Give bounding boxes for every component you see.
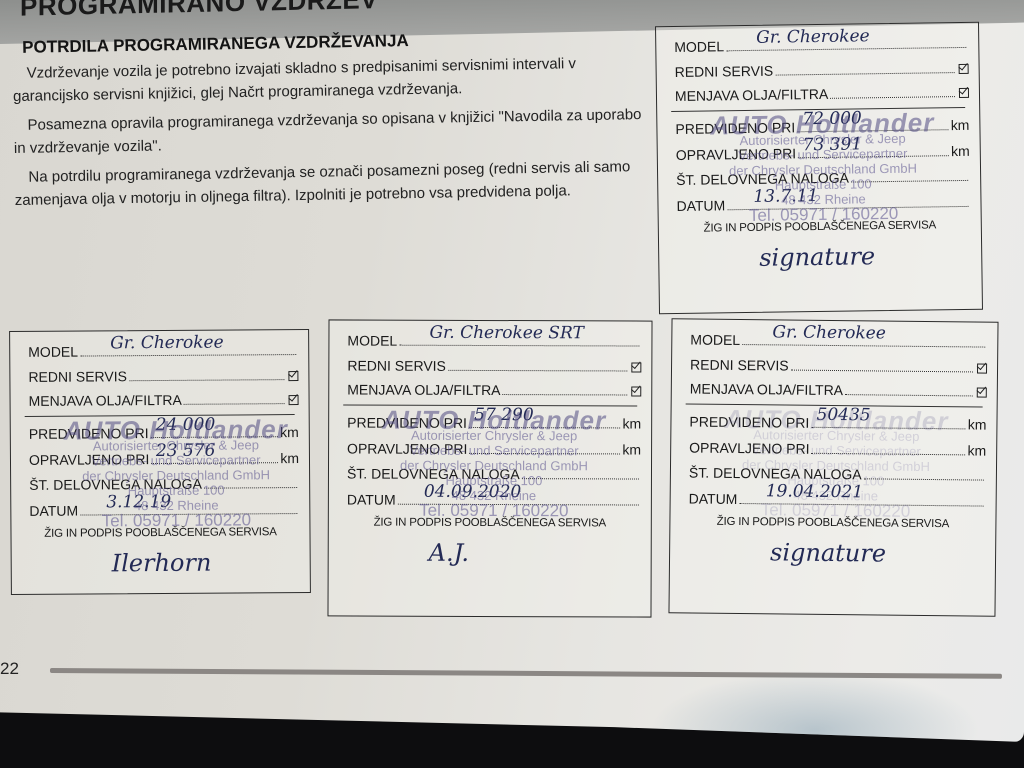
dealer-logo: AUTO Holtlander [711, 412, 961, 430]
booklet-page: PROGRAMIRANO VZDRŽEV POTRDILA PROGRAMIRA… [0, 0, 1024, 742]
intro-section: POTRDILA PROGRAMIRANEGA VZDRŽEVANJA Vzdr… [12, 27, 645, 218]
intro-paragraph: Na potrdilu programiranega vzdrževanja s… [14, 155, 645, 212]
stamp-phone: Tel. 05971 / 160220 [369, 503, 619, 519]
handwritten-model: Gr. Cherokee [110, 333, 224, 354]
service-record-card-top-right: MODELGr. CherokeeREDNI SERVISMENJAVA OLJ… [655, 22, 983, 314]
field-label: MENJAVA OLJA/FILTRA [29, 392, 182, 409]
stamp-line: Hauptstraße 100 [51, 482, 301, 499]
checkbox-checked-icon[interactable] [977, 387, 987, 397]
field-oil-filter-change: MENJAVA OLJA/FILTRA [675, 84, 969, 108]
checkbox-checked-icon[interactable] [631, 386, 641, 396]
checkbox-checked-icon[interactable] [977, 363, 987, 373]
unit-label: km [968, 416, 987, 432]
field-label: MODEL [674, 38, 724, 55]
hand-shadow [650, 670, 980, 745]
field-oil-filter-change: MENJAVA OLJA/FILTRA [690, 380, 987, 403]
field-label: MENJAVA OLJA/FILTRA [675, 86, 828, 104]
field-regular-service: REDNI SERVIS [690, 356, 987, 379]
field-regular-service: REDNI SERVIS [347, 358, 641, 379]
dealer-logo: AUTO Holtlander [369, 413, 619, 429]
checkbox-checked-icon[interactable] [959, 88, 969, 98]
field-label: REDNI SERVIS [690, 356, 789, 373]
dotted-leader [791, 358, 974, 373]
dotted-leader [184, 391, 285, 405]
checkbox-checked-icon[interactable] [289, 395, 299, 405]
field-label: MENJAVA OLJA/FILTRA [690, 380, 843, 398]
service-record-card-bottom-left: MODELGr. CherokeeREDNI SERVISMENJAVA OLJ… [9, 329, 311, 595]
handwritten-model: Gr. Cherokee [772, 322, 886, 343]
field-label: MENJAVA OLJA/FILTRA [347, 382, 500, 399]
stamp-line: Hauptstraße 100 [369, 473, 619, 489]
handwritten-model: Gr. Cherokee [756, 26, 870, 48]
dotted-leader [503, 382, 628, 395]
unit-label: km [622, 415, 641, 431]
stamp-line: der Chrysler Deutschland GmbH [51, 467, 301, 484]
dealer-stamp: AUTO HoltlanderAutorisierter Chrysler & … [710, 412, 961, 520]
stamp-phone: Tel. 05971 / 160220 [51, 512, 301, 529]
dealer-stamp: AUTO HoltlanderAutorisierter Chrysler & … [51, 422, 302, 529]
stamp-line: Vertriebs- und Servicepartner [369, 443, 619, 459]
field-label: REDNI SERVIS [347, 358, 446, 374]
field-label: MODEL [347, 333, 397, 349]
field-regular-service: REDNI SERVIS [675, 60, 969, 84]
unit-label: km [622, 441, 641, 457]
unit-label: km [951, 117, 970, 133]
dealer-stamp: AUTO HoltlanderAutorisierter Chrysler & … [697, 115, 948, 223]
field-oil-filter-change: MENJAVA OLJA/FILTRA [347, 382, 641, 403]
unit-label: km [951, 143, 970, 159]
checkbox-checked-icon[interactable] [631, 362, 641, 372]
checkbox-checked-icon[interactable] [288, 371, 298, 381]
signature: signature [759, 242, 875, 272]
stamp-line: Vertriebs- und Servicepartner [51, 452, 301, 469]
signature: Ilerhorn [112, 549, 212, 578]
signature: A.J. [429, 539, 469, 567]
stamp-line: der Chrysler Deutschland GmbH [711, 457, 961, 475]
intro-paragraph: Vzdrževanje vozila je potrebno izvajati … [12, 51, 643, 108]
dealer-logo: AUTO Holtlander [697, 115, 947, 133]
field-label: REDNI SERVIS [28, 368, 127, 385]
signature: signature [770, 538, 886, 567]
dotted-leader [830, 84, 955, 99]
dealer-stamp: AUTO HoltlanderAutorisierter Chrysler & … [369, 413, 619, 519]
field-regular-service: REDNI SERVIS [28, 367, 298, 389]
dotted-leader [448, 358, 627, 372]
intro-paragraph: Posamezna opravila programiranega vzdrže… [13, 103, 644, 160]
dealer-logo: AUTO Holtlander [51, 422, 301, 439]
service-record-card-bottom-middle: MODELGr. Cherokee SRTREDNI SERVISMENJAVA… [327, 319, 652, 617]
stamp-phone: Tel. 05971 / 160220 [710, 502, 960, 520]
field-label: MODEL [28, 344, 78, 360]
handwritten-model: Gr. Cherokee SRT [429, 323, 583, 344]
dotted-leader [845, 382, 973, 396]
unit-label: km [967, 442, 986, 458]
stamp-line: der Chrysler Deutschland GmbH [369, 458, 619, 474]
page-number: 22 [0, 659, 19, 679]
dotted-leader [129, 367, 285, 381]
checkbox-checked-icon[interactable] [959, 64, 969, 74]
service-record-card-bottom-right: MODELGr. CherokeeREDNI SERVISMENJAVA OLJ… [668, 318, 998, 616]
field-oil-filter-change: MENJAVA OLJA/FILTRA [29, 391, 299, 413]
page-header-title: PROGRAMIRANO VZDRŽEV [20, 0, 378, 23]
field-label: REDNI SERVIS [675, 63, 774, 80]
field-label: MODEL [690, 331, 740, 348]
dotted-leader [775, 60, 955, 76]
